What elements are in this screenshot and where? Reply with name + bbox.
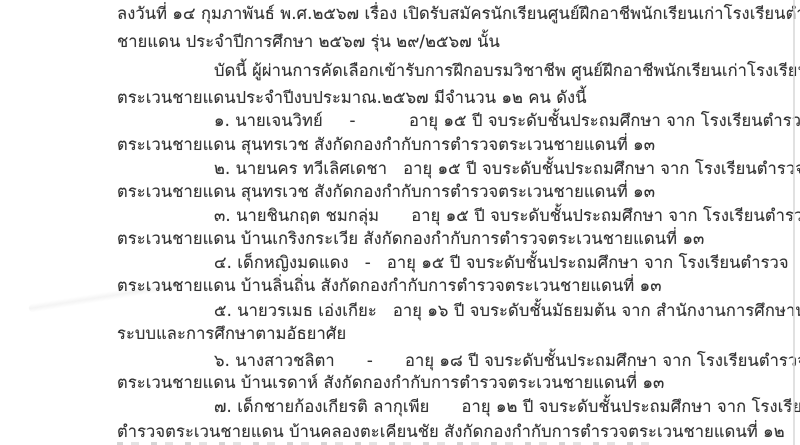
item-7-line-1: ๗. เด็กชายก้องเกียรติ ลากุเพีย อายุ ๑๒ ป… — [214, 396, 800, 418]
item-6-line-2: ตระเวนชายแดน บ้านเรดาห์ สังกัดกองกำกับกา… — [117, 372, 664, 394]
item-4-line-2: ตระเวนชายแดน บ้านลิ่นถิ่น สังกัดกองกำกับ… — [117, 275, 662, 297]
scan-edge-artifact — [793, 0, 795, 445]
date-paragraph-line-1: ลงวันที่ ๑๔ กุมภาพันธ์ พ.ศ.๒๕๖๗ เรื่อง เ… — [117, 3, 800, 25]
item-5-line-1: ๕. นายวรเมธ เอ่งเกียะ อายุ ๑๖ ปี จบระดับ… — [214, 300, 800, 322]
item-6-line-1: ๖. นางสาวชลิตา - อายุ ๑๘ ปี จบระดับชั้นป… — [214, 350, 800, 372]
item-7-line-2: ตำรวจตระเวนชายแดน บ้านคลองตะเคียนชัย สัง… — [117, 421, 785, 443]
item-4-line-1: ๔. เด็กหญิงมดแดง - อายุ ๑๕ ปี จบระดับชั้… — [214, 252, 789, 274]
item-1-line-2: ตระเวนชายแดน สุนทรเวช สังกัดกองกำกับการต… — [117, 134, 655, 156]
item-1-line-1: ๑. นายเจนวิทย์ - อายุ ๑๕ ปี จบระดับชั้นป… — [214, 110, 800, 132]
intro-paragraph-line-1: บัดนี้ ผู้ผ่านการคัดเลือกเข้ารับการฝึกอบ… — [214, 60, 800, 82]
item-5-line-2: ระบบและการศึกษาตามอัธยาศัย — [117, 323, 346, 345]
item-2-line-2: ตระเวนชายแดน สุนทรเวช สังกัดกองกำกับการต… — [117, 181, 655, 203]
date-paragraph-line-2: ชายแดน ประจำปีการศึกษา ๒๕๖๗ รุ่น ๒๙/๒๕๖๗… — [117, 31, 500, 53]
item-3-line-1: ๓. นายชินกฤต ชมกลุ่ม อายุ ๑๕ ปี จบระดับช… — [214, 205, 800, 227]
intro-paragraph-line-2: ตระเวนชายแดนประจำปีงบประมาณ.๒๕๖๗ มีจำนวน… — [117, 87, 587, 109]
item-3-line-2: ตระเวนชายแดน บ้านเกริงกระเวีย สังกัดกองก… — [117, 228, 704, 250]
scanned-document-page: ลงวันที่ ๑๔ กุมภาพันธ์ พ.ศ.๒๕๖๗ เรื่อง เ… — [0, 0, 800, 445]
item-2-line-1: ๒. นายนคร ทวีเลิศเดชา อายุ ๑๕ ปี จบระดับ… — [214, 158, 800, 180]
